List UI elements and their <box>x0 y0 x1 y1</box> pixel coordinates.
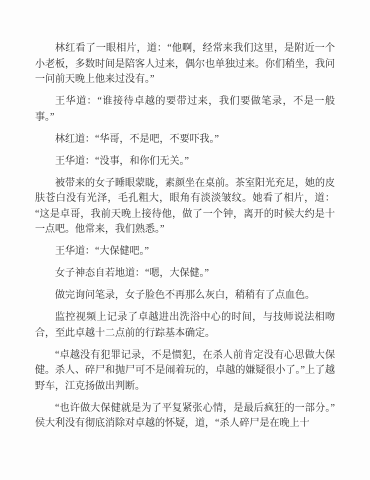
paragraph: 监控视频上记录了卓越进出洗浴中心的时间，与技师说法相吻合，至此卓越十二点前的行踪… <box>35 310 335 341</box>
ebook-page: 林红看了一眼相片，道：“他啊，经常来我们这里，是附近一个小老板，多数时间是陪客人… <box>0 0 370 480</box>
paragraph: 王华道：“大保健吧。” <box>35 244 335 260</box>
paragraph: 女子神态自若地道：“嗯，大保健。” <box>35 266 335 282</box>
paragraph: “也许做大保健就是为了平复紧张心情，是最后疯狂的一部分。”侯大利没有彻底消除对卓… <box>35 401 335 432</box>
paragraph: 林红道：“华哥，不是吧，不要吓我。” <box>35 132 335 148</box>
paragraph: 被带来的女子睡眼蒙眬，素颜坐在桌前。茶室阳光充足，她的皮肤苍白没有光泽，毛孔粗大… <box>35 176 335 238</box>
page-text: 林红看了一眼相片，道：“他啊，经常来我们这里，是附近一个小老板，多数时间是陪客人… <box>35 41 335 438</box>
paragraph: 王华道：“没事，和你们无关。” <box>35 154 335 170</box>
paragraph: 王华道：“谁接待卓越的要带过来，我们要做笔录，不是一般事。” <box>35 94 335 125</box>
paragraph: “卓越没有犯罪记录，不是惯犯，在杀人前肯定没有心思做大保健。杀人、碎尸和抛尸可不… <box>35 348 335 395</box>
paragraph: 做完询问笔录，女子脸色不再那么灰白，稍稍有了点血色。 <box>35 288 335 304</box>
paragraph: 林红看了一眼相片，道：“他啊，经常来我们这里，是附近一个小老板，多数时间是陪客人… <box>35 41 335 88</box>
